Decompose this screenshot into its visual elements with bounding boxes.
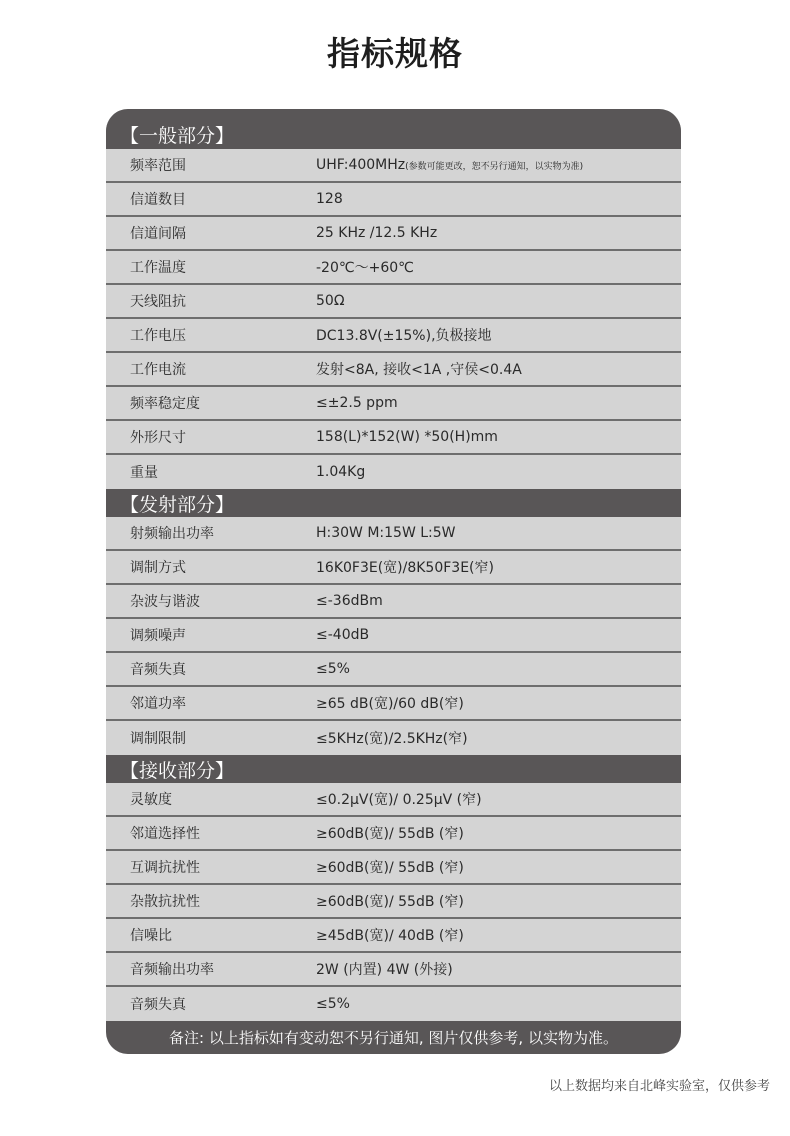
row-label: 信道间隔 [106, 223, 316, 243]
row-value: 16K0F3E(宽)/8K50F3E(窄) [316, 557, 681, 577]
row-value: 128 [316, 191, 681, 207]
table-row: 工作电流 发射<8A, 接收<1A ,守侯<0.4A [106, 353, 681, 387]
row-label: 邻道功率 [106, 693, 316, 713]
row-value: ≤-40dB [316, 627, 681, 643]
row-value: ≥60dB(宽)/ 55dB (窄) [316, 891, 681, 911]
table-row: 外形尺寸 158(L)*152(W) *50(H)mm [106, 421, 681, 455]
row-value: 2W (内置) 4W (外接) [316, 959, 681, 979]
table-row: 音频输出功率 2W (内置) 4W (外接) [106, 953, 681, 987]
row-value: DC13.8V(±15%),负极接地 [316, 325, 681, 345]
row-label: 信噪比 [106, 925, 316, 945]
table-row: 调制方式 16K0F3E(宽)/8K50F3E(窄) [106, 551, 681, 585]
row-value: ≤-36dBm [316, 593, 681, 609]
row-label: 音频失真 [106, 659, 316, 679]
row-label: 调频噪声 [106, 625, 316, 645]
row-value: 50Ω [316, 293, 681, 309]
table-row: 工作电压 DC13.8V(±15%),负极接地 [106, 319, 681, 353]
page-title: 指标规格 [0, 30, 790, 78]
table-row: 杂散抗扰性 ≥60dB(宽)/ 55dB (窄) [106, 885, 681, 919]
table-row: 频率范围 UHF:400MHz(参数可能更改，恕不另行通知，以实物为准) [106, 149, 681, 183]
table-row: 重量 1.04Kg [106, 455, 681, 489]
table-row: 射频输出功率 H:30W M:15W L:5W [106, 517, 681, 551]
spec-page: 指标规格 【一般部分】 频率范围 UHF:400MHz(参数可能更改，恕不另行通… [0, 0, 790, 1136]
row-value: ≥65 dB(宽)/60 dB(窄) [316, 693, 681, 713]
row-value: ≤0.2μV(宽)/ 0.25μV (窄) [316, 789, 681, 809]
table-row: 工作温度 -20℃～+60℃ [106, 251, 681, 285]
row-value: 1.04Kg [316, 464, 681, 480]
row-value: ≤5% [316, 661, 681, 677]
row-label: 杂波与谐波 [106, 591, 316, 611]
table-row: 音频失真 ≤5% [106, 653, 681, 687]
table-row: 调频噪声 ≤-40dB [106, 619, 681, 653]
table-row: 杂波与谐波 ≤-36dBm [106, 585, 681, 619]
row-value: 158(L)*152(W) *50(H)mm [316, 429, 681, 445]
row-label: 频率范围 [106, 155, 316, 175]
row-value: ≥60dB(宽)/ 55dB (窄) [316, 857, 681, 877]
table-row: 信道数目 128 [106, 183, 681, 217]
row-label: 音频输出功率 [106, 959, 316, 979]
row-label: 杂散抗扰性 [106, 891, 316, 911]
row-value: ≤5% [316, 996, 681, 1012]
table-row: 邻道选择性 ≥60dB(宽)/ 55dB (窄) [106, 817, 681, 851]
table-row: 信噪比 ≥45dB(宽)/ 40dB (窄) [106, 919, 681, 953]
source-note: 以上数据均来自北峰实验室，仅供参考 [549, 1075, 770, 1094]
row-value: H:30W M:15W L:5W [316, 525, 681, 541]
section-header-transmit: 【发射部分】 [106, 489, 681, 517]
table-row: 频率稳定度 ≤±2.5 ppm [106, 387, 681, 421]
row-label: 调制方式 [106, 557, 316, 577]
section-header-general: 【一般部分】 [106, 109, 681, 149]
row-value: ≤5KHz(宽)/2.5KHz(窄) [316, 728, 681, 748]
row-value: ≥45dB(宽)/ 40dB (窄) [316, 925, 681, 945]
row-label: 邻道选择性 [106, 823, 316, 843]
row-label: 频率稳定度 [106, 393, 316, 413]
table-row: 音频失真 ≤5% [106, 987, 681, 1021]
row-label: 工作电压 [106, 325, 316, 345]
row-value: UHF:400MHz(参数可能更改，恕不另行通知，以实物为准) [316, 157, 681, 173]
row-label: 外形尺寸 [106, 427, 316, 447]
table-row: 天线阻抗 50Ω [106, 285, 681, 319]
table-row: 邻道功率 ≥65 dB(宽)/60 dB(窄) [106, 687, 681, 721]
row-label: 工作电流 [106, 359, 316, 379]
row-value: -20℃～+60℃ [316, 257, 681, 277]
section-header-receive: 【接收部分】 [106, 755, 681, 783]
row-label: 重量 [106, 462, 316, 482]
row-label: 调制限制 [106, 728, 316, 748]
row-value: 发射<8A, 接收<1A ,守侯<0.4A [316, 359, 681, 379]
row-label: 工作温度 [106, 257, 316, 277]
row-value-note: (参数可能更改，恕不另行通知，以实物为准) [405, 162, 583, 172]
table-row: 灵敏度 ≤0.2μV(宽)/ 0.25μV (窄) [106, 783, 681, 817]
row-label: 灵敏度 [106, 789, 316, 809]
row-label: 互调抗扰性 [106, 857, 316, 877]
spec-table: 【一般部分】 频率范围 UHF:400MHz(参数可能更改，恕不另行通知，以实物… [106, 109, 681, 1054]
row-value: ≥60dB(宽)/ 55dB (窄) [316, 823, 681, 843]
row-label: 射频输出功率 [106, 523, 316, 543]
row-value: 25 KHz /12.5 KHz [316, 225, 681, 241]
row-label: 信道数目 [106, 189, 316, 209]
row-label: 天线阻抗 [106, 291, 316, 311]
table-row: 调制限制 ≤5KHz(宽)/2.5KHz(窄) [106, 721, 681, 755]
footer-note: 备注: 以上指标如有变动恕不另行通知, 图片仅供参考, 以实物为准。 [106, 1021, 681, 1054]
row-value: ≤±2.5 ppm [316, 395, 681, 411]
table-row: 信道间隔 25 KHz /12.5 KHz [106, 217, 681, 251]
table-row: 互调抗扰性 ≥60dB(宽)/ 55dB (窄) [106, 851, 681, 885]
row-label: 音频失真 [106, 994, 316, 1014]
